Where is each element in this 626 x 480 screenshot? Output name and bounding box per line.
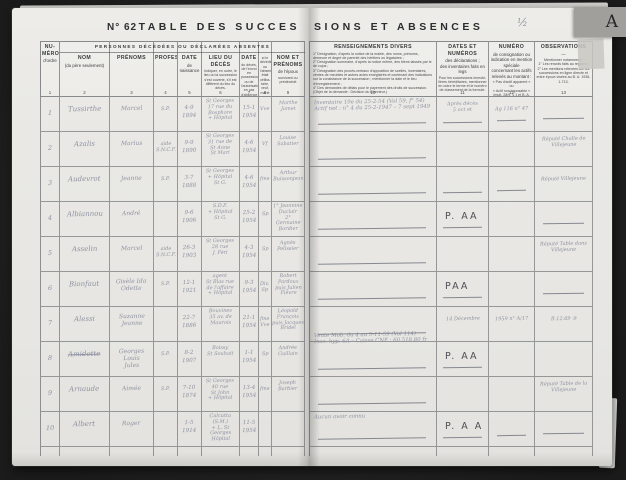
cell-numero-consignation — [489, 377, 535, 412]
cell-numero-ordre: 10 — [40, 412, 60, 447]
cell-observations — [535, 412, 593, 447]
cell-profession: aide S.N.C.F. — [154, 237, 178, 272]
tail-cell — [202, 447, 240, 456]
cell-numero-consignation — [489, 272, 535, 307]
cell-lieu-deces: Calcutta (S.M.) + L. St Georges Hôpital — [202, 412, 240, 447]
cell-observations — [535, 272, 593, 307]
dash-mark — [443, 297, 482, 299]
cell-profession: S.P. — [154, 377, 178, 412]
cell-prenoms: Gisèle Ida Odette — [110, 272, 154, 307]
cell-prenoms: Suzanne Jeanne — [110, 307, 154, 342]
cell-date-deces: 4-3 1954 — [240, 237, 259, 272]
tail-cell — [240, 447, 259, 456]
cell-lieu-deces: St Georges 28 rue J. Féri — [202, 237, 240, 272]
cell-nom: Albiannou — [60, 202, 110, 237]
cell-observations: Réputé Table de la Villejeune — [535, 377, 593, 412]
ledger-title-right: SIONS ET ABSENCES — [314, 21, 483, 33]
cell-numero-ordre: 8 — [40, 342, 60, 377]
tail-cell — [535, 447, 593, 456]
tail-cell — [437, 447, 489, 456]
table-tail — [40, 447, 593, 456]
cell-profession — [154, 202, 178, 237]
cell-dates-numeros — [437, 132, 489, 167]
table-row: 5 Asselin Marcel aide S.N.C.F. 26-3 1903… — [40, 237, 593, 272]
cell-numero-ordre: 6 — [40, 272, 60, 307]
dash-mark — [497, 435, 526, 436]
table-body: 1 Tussirthe Marcel S.P. 4-9 1894 St Geor… — [40, 97, 593, 447]
dash-mark — [318, 297, 426, 300]
cell-prenoms: Jeanne — [110, 167, 154, 202]
succession-table: PERSONNES DÉCÉDÉES OU DÉCLARÉES ABSENTES… — [40, 41, 593, 456]
cell-dates-numeros: P. AA — [437, 202, 489, 237]
cell-date-naissance: 4-9 1894 — [178, 97, 202, 132]
tail-cell — [154, 447, 178, 456]
cell-date-deces: 21-1 1954 — [240, 307, 259, 342]
cell-date-deces: 13-4 1954 — [240, 377, 259, 412]
ledger-title-left: TABLE DES SUCCES — [139, 21, 300, 33]
cell-renseignements: Inventaire 19e du 25-2-54 (Vol 59, f° 54… — [309, 97, 437, 132]
table-row: 10 Albert Roger 1-5 1914 Calcutta (S.M.)… — [40, 412, 593, 447]
dash-mark — [443, 192, 482, 194]
cell-etat-matrimonial: fme — [259, 377, 272, 412]
dash-mark — [543, 433, 584, 435]
table-row: 6 Bionfaut Gisèle Ida Odette S.P. 12-1 1… — [40, 272, 593, 307]
dash-mark — [443, 122, 482, 124]
cell-numero-ordre: 3 — [40, 167, 60, 202]
cell-numero-ordre: 2 — [40, 132, 60, 167]
cell-epoux: Louise Sabatier — [272, 132, 305, 167]
dash-mark — [318, 437, 426, 440]
cell-etat-matrimonial: fme Vve — [259, 307, 272, 342]
tail-cell — [309, 447, 437, 456]
dash-mark — [543, 118, 584, 120]
cell-dates-numeros — [437, 167, 489, 202]
cell-renseignements — [309, 202, 437, 237]
cell-observations: B.12.69 ③ — [535, 307, 593, 342]
tail-cell — [40, 447, 60, 456]
paa-annotation: P. AA — [445, 351, 479, 362]
cell-date-deces: 1-1 1954 — [240, 342, 259, 377]
cell-prenoms: Marius — [110, 132, 154, 167]
table-row: 8 Amidotte Georges Louis Jules S.P. 8-2 … — [40, 342, 593, 377]
cell-renseignements: Vente Mob. du 4 au 5-11-59 (Vol 114) Ins… — [309, 307, 437, 342]
cell-numero-ordre: 1 — [40, 97, 60, 132]
cell-numero-ordre: 9 — [40, 377, 60, 412]
corner-tab-letter: A — [606, 12, 618, 32]
dash-mark — [443, 367, 482, 369]
cell-nom: Azalis — [60, 132, 110, 167]
cell-observations — [535, 97, 593, 132]
cell-observations — [535, 342, 593, 377]
cell-nom: Amidotte — [60, 342, 110, 377]
dash-mark — [543, 223, 584, 225]
cell-etat-matrimonial: Vve — [259, 97, 272, 132]
cell-nom: Audevrot — [60, 167, 110, 202]
cell-lieu-deces: Boissy St Souhait — [202, 342, 240, 377]
cell-dates-numeros: P. AA — [437, 342, 489, 377]
cell-date-naissance: 9-9 1890 — [178, 132, 202, 167]
cell-etat-matrimonial: fme — [259, 167, 272, 202]
register-page-spread: N° 62 TABLE DES SUCCES SIONS ET ABSENCES… — [12, 8, 612, 466]
cell-epoux: Andrée Guillain — [272, 342, 305, 377]
cell-renseignements — [309, 377, 437, 412]
dash-mark — [318, 402, 426, 405]
table-row: 4 Albiannou André 9-6 1906 S.D.F. + Hôpi… — [40, 202, 593, 237]
cell-dates-numeros: Après décès 5 oct et — [437, 97, 489, 132]
tail-cell — [178, 447, 202, 456]
cell-epoux: Agnès Pelissier — [272, 237, 305, 272]
cell-date-naissance: 1-5 1914 — [178, 412, 202, 447]
cell-profession — [154, 307, 178, 342]
paa-annotation: PAA — [445, 281, 469, 292]
cell-prenoms: André — [110, 202, 154, 237]
cell-dates-numeros — [437, 237, 489, 272]
cell-nom: Bionfaut — [60, 272, 110, 307]
cell-numero-consignation — [489, 237, 535, 272]
cell-epoux: 1° Jeannine Duclair 2° Germaine Bordier — [272, 202, 305, 237]
cell-epoux: Arthur Buissonjean — [272, 167, 305, 202]
cell-numero-consignation: Ag 116 n° 47 — [489, 97, 535, 132]
cell-lieu-deces: Bouvines 35 av. de Maurois — [202, 307, 240, 342]
cell-numero-ordre: 4 — [40, 202, 60, 237]
paa-annotation: P. AA — [445, 211, 479, 222]
table-row: 3 Audevrot Jeanne S.P. 3-7 1888 St Georg… — [40, 167, 593, 202]
table-row: 1 Tussirthe Marcel S.P. 4-9 1894 St Geor… — [40, 97, 593, 132]
cell-date-naissance: 7-10 1874 — [178, 377, 202, 412]
cell-dates-numeros — [437, 377, 489, 412]
tail-cell — [110, 447, 154, 456]
cell-etat-matrimonial: Sp — [259, 202, 272, 237]
column-header-numero-ordre: NU- MÉRO d'ordre 1 — [40, 41, 60, 97]
cell-date-deces: 11-5 1954 — [240, 412, 259, 447]
cell-date-deces: 4-6 1954 — [240, 132, 259, 167]
cell-nom: Tussirthe — [60, 97, 110, 132]
dash-mark — [318, 262, 426, 265]
column-header-dates-numeros: DATES ET NUMÉROS des déclarations ; des … — [437, 41, 489, 97]
cell-renseignements — [309, 342, 437, 377]
cell-prenoms: Marcel — [110, 237, 154, 272]
cell-nom: Albert — [60, 412, 110, 447]
cell-epoux: Marthe Jamet — [272, 97, 305, 132]
column-header-renseignements: RENSEIGNEMENTS DIVERS 1° Désignation, d'… — [309, 41, 437, 97]
cell-nom: Alessi — [60, 307, 110, 342]
cell-renseignements — [309, 272, 437, 307]
tail-cell — [259, 447, 272, 456]
page-number-label: N° 62 — [107, 22, 137, 33]
cell-observations — [535, 202, 593, 237]
cell-etat-matrimonial — [259, 412, 272, 447]
cell-prenoms: Aimée — [110, 377, 154, 412]
dash-mark — [318, 157, 426, 160]
cell-numero-consignation: 1959 n° A/17 — [489, 307, 535, 342]
table-row: 9 Arnaude Aimée S.P. 7-10 1874 St George… — [40, 377, 593, 412]
cell-numero-consignation — [489, 167, 535, 202]
cell-epoux: Léopold François puis Jacques Bridel — [272, 307, 305, 342]
cell-numero-ordre: 5 — [40, 237, 60, 272]
tail-cell — [272, 447, 305, 456]
dash-mark — [318, 192, 426, 195]
cell-numero-consignation — [489, 342, 535, 377]
cell-profession — [154, 412, 178, 447]
cell-profession: aide S.N.C.F. — [154, 132, 178, 167]
table-row: 2 Azalis Marius aide S.N.C.F. 9-9 1890 S… — [40, 132, 593, 167]
fold-page-mark: ½ — [517, 16, 528, 29]
cell-etat-matrimonial: Sp — [259, 237, 272, 272]
corner-tab-a: A — [574, 7, 626, 37]
corner-sticker — [577, 39, 604, 70]
cell-nom: Arnaude — [60, 377, 110, 412]
cell-renseignements — [309, 237, 437, 272]
cell-renseignements: Aucun avoir connu — [309, 412, 437, 447]
cell-epoux — [272, 412, 305, 447]
tail-cell — [60, 447, 110, 456]
cell-date-deces: 25-2 1954 — [240, 202, 259, 237]
cell-date-naissance: 26-3 1903 — [178, 237, 202, 272]
cell-numero-consignation — [489, 132, 535, 167]
cell-date-naissance: 12-1 1921 — [178, 272, 202, 307]
cell-dates-numeros: PAA — [437, 272, 489, 307]
cell-nom: Asselin — [60, 237, 110, 272]
cell-date-naissance: 9-6 1906 — [178, 202, 202, 237]
cell-prenoms: Georges Louis Jules — [110, 342, 154, 377]
cell-date-naissance: 8-2 1907 — [178, 342, 202, 377]
cell-observations: Réputé Challe de Villejeune — [535, 132, 593, 167]
cell-date-deces: 15-1 1954 — [240, 97, 259, 132]
cell-renseignements — [309, 167, 437, 202]
cell-profession: S.P. — [154, 167, 178, 202]
table-header: PERSONNES DÉCÉDÉES OU DÉCLARÉES ABSENTES… — [40, 41, 593, 97]
cell-date-deces: 9-3 1954 — [240, 272, 259, 307]
cell-dates-numeros: P. A A — [437, 412, 489, 447]
dash-mark — [318, 367, 426, 370]
cell-lieu-deces: agent St Blas rue de l'affaire + Hôpital — [202, 272, 240, 307]
dash-mark — [497, 190, 526, 191]
cell-epoux: Joseph Barbier — [272, 377, 305, 412]
paa-annotation: P. A A — [445, 421, 483, 432]
cell-profession: S.P. — [154, 272, 178, 307]
cell-lieu-deces: St Georges + Hôpital St G. — [202, 167, 240, 202]
cell-numero-consignation — [489, 412, 535, 447]
dash-mark — [497, 120, 526, 121]
dash-mark — [318, 227, 426, 230]
cell-etat-matrimonial: Sp — [259, 342, 272, 377]
dash-mark — [318, 122, 426, 125]
cell-epoux: Robert Pardoux puis Julien Fièvre — [272, 272, 305, 307]
cell-observations: Réputé Table dans Villejeune — [535, 237, 593, 272]
tail-cell — [489, 447, 535, 456]
table-row: 7 Alessi Suzanne Jeanne 22-7 1886 Bouvin… — [40, 307, 593, 342]
cell-date-naissance: 22-7 1886 — [178, 307, 202, 342]
column-header-numero-consignation: NUMÉRO de consignation ou indication en … — [489, 41, 535, 97]
cell-numero-consignation — [489, 202, 535, 237]
dash-mark — [543, 293, 584, 295]
cell-date-deces: 4-6 1954 — [240, 167, 259, 202]
cell-date-naissance: 3-7 1888 — [178, 167, 202, 202]
cell-profession: S.P. — [154, 97, 178, 132]
cell-lieu-deces: St Georges 40 rue St John + Hôpital — [202, 377, 240, 412]
cell-numero-ordre: 7 — [40, 307, 60, 342]
group-header: PERSONNES DÉCÉDÉES OU DÉCLARÉES ABSENTES — [60, 41, 305, 53]
cell-lieu-deces: S.D.F. + Hôpital St G. — [202, 202, 240, 237]
cell-observations: Réputé Villejeune — [535, 167, 593, 202]
cell-renseignements — [309, 132, 437, 167]
cell-etat-matrimonial: Div. Sp — [259, 272, 272, 307]
cell-prenoms: Roger — [110, 412, 154, 447]
dash-mark — [443, 437, 482, 439]
dash-mark — [443, 227, 482, 229]
cell-dates-numeros: 14 Décembre — [437, 307, 489, 342]
cell-prenoms: Marcel — [110, 97, 154, 132]
cell-etat-matrimonial: Vf — [259, 132, 272, 167]
cell-lieu-deces: St Georges 17 rue du Bosphore + Hôpital — [202, 97, 240, 132]
cell-lieu-deces: St Georges 31 rue de St Anne St Mari — [202, 132, 240, 167]
cell-profession: S.P. — [154, 342, 178, 377]
